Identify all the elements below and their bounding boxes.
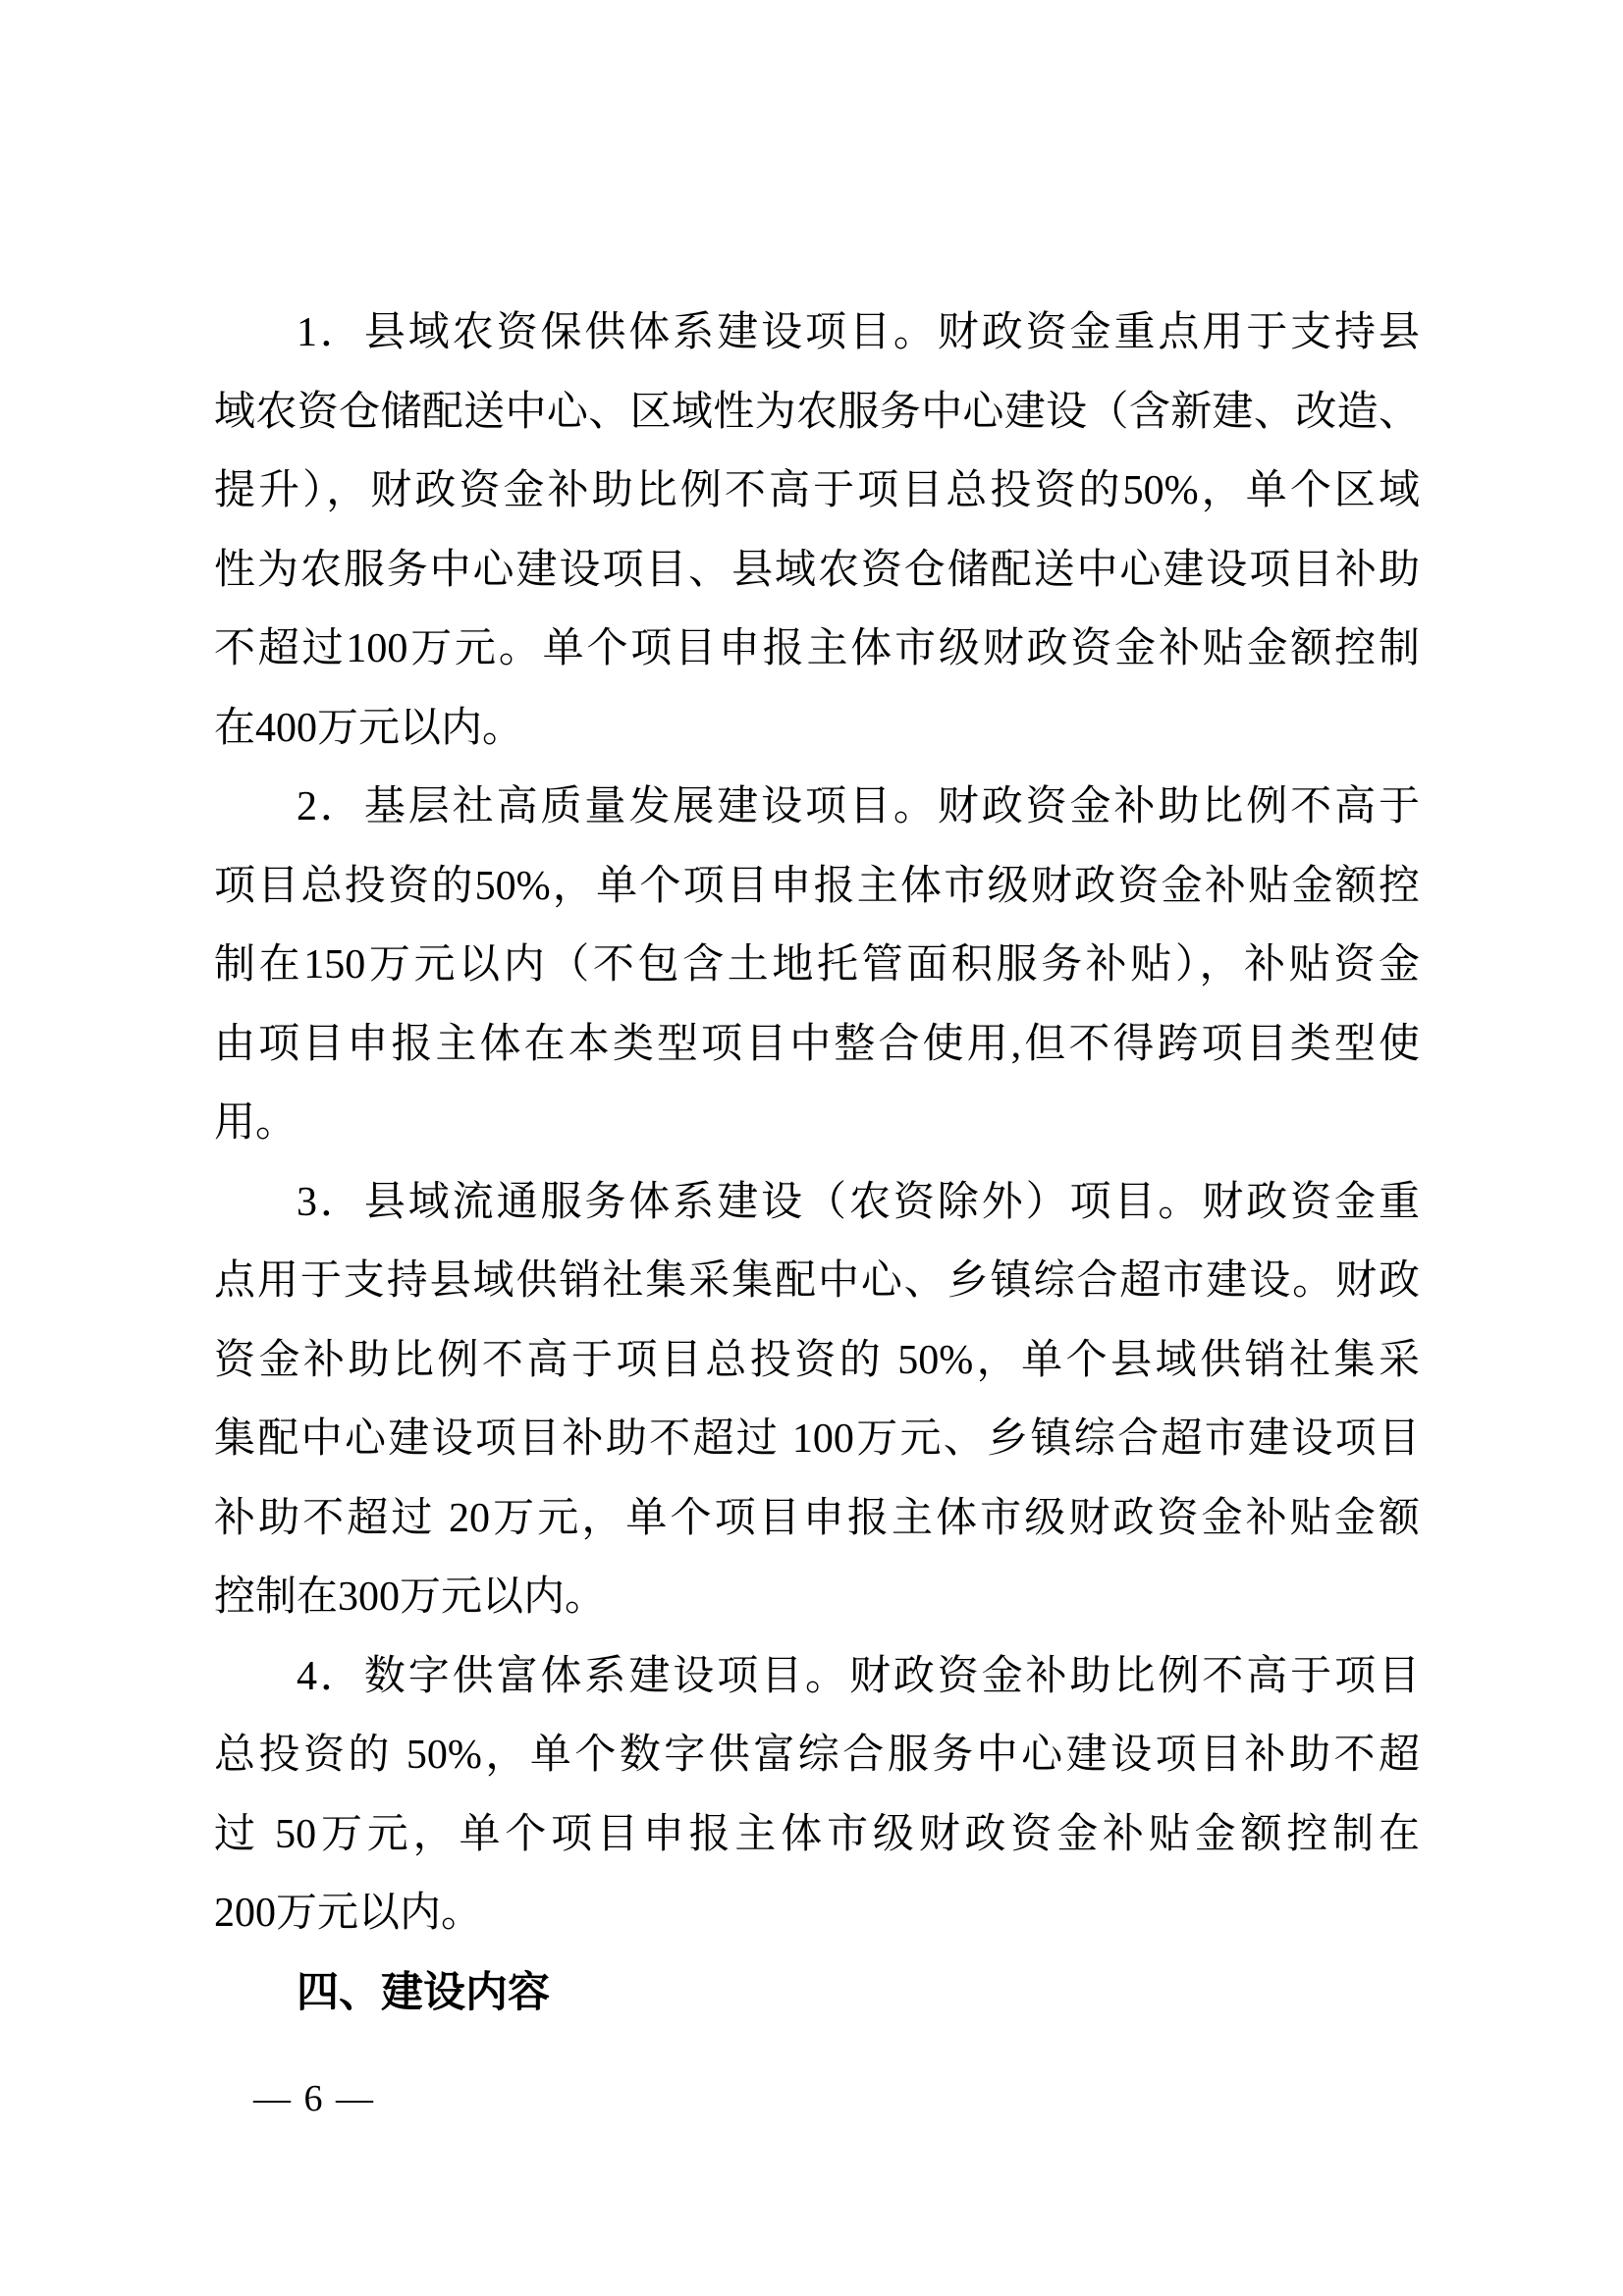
text-line: 制在150万元以内（不包含土地托管面积服务补贴），补贴资金 xyxy=(214,926,1420,1005)
text-line: 过 50万元，单个项目申报主体市级财政资金补贴金额控制在 xyxy=(214,1795,1420,1875)
text-line: 资金补助比例不高于项目总投资的 50%，单个县域供销社集采 xyxy=(214,1321,1420,1401)
text-line: 控制在300万元以内。 xyxy=(214,1558,1420,1637)
text-line: 总投资的 50%，单个数字供富综合服务中心建设项目补助不超 xyxy=(214,1716,1420,1795)
text-line: 200万元以内。 xyxy=(214,1874,1420,1953)
paragraph-item-1: 1．县域农资保供体系建设项目。财政资金重点用于支持县域农资仓储配送中心、区域性为… xyxy=(214,294,1420,768)
text-line: 点用于支持县域供销社集采集配中心、乡镇综合超市建设。财政 xyxy=(214,1242,1420,1321)
text-line: 提升），财政资金补助比例不高于项目总投资的50%，单个区域 xyxy=(214,452,1420,531)
document-page: 1．县域农资保供体系建设项目。财政资金重点用于支持县域农资仓储配送中心、区域性为… xyxy=(0,0,1623,2296)
paragraph-item-2: 2．基层社高质量发展建设项目。财政资金补助比例不高于项目总投资的50%，单个项目… xyxy=(214,768,1420,1163)
text-line: 3．县域流通服务体系建设（农资除外）项目。财政资金重 xyxy=(214,1163,1420,1243)
text-line: 性为农服务中心建设项目、县域农资仓储配送中心建设项目补助 xyxy=(214,531,1420,611)
page-number: — 6 — xyxy=(253,2077,375,2120)
document-body: 1．县域农资保供体系建设项目。财政资金重点用于支持县域农资仓储配送中心、区域性为… xyxy=(214,294,1420,2032)
text-line: 1．县域农资保供体系建设项目。财政资金重点用于支持县 xyxy=(214,294,1420,373)
text-line: 补助不超过 20万元，单个项目申报主体市级财政资金补贴金额 xyxy=(214,1479,1420,1559)
text-line: 集配中心建设项目补助不超过 100万元、乡镇综合超市建设项目 xyxy=(214,1400,1420,1479)
text-line: 由项目申报主体在本类型项目中整合使用,但不得跨项目类型使 xyxy=(214,1005,1420,1085)
section-heading: 四、建设内容 xyxy=(214,1953,1420,2033)
text-line: 域农资仓储配送中心、区域性为农服务中心建设（含新建、改造、 xyxy=(214,373,1420,453)
text-line: 用。 xyxy=(214,1084,1420,1163)
text-line: 2．基层社高质量发展建设项目。财政资金补助比例不高于 xyxy=(214,768,1420,847)
text-line: 不超过100万元。单个项目申报主体市级财政资金补贴金额控制 xyxy=(214,610,1420,689)
text-line: 项目总投资的50%，单个项目申报主体市级财政资金补贴金额控 xyxy=(214,847,1420,927)
text-line: 4．数字供富体系建设项目。财政资金补助比例不高于项目 xyxy=(214,1637,1420,1717)
paragraph-item-4: 4．数字供富体系建设项目。财政资金补助比例不高于项目总投资的 50%，单个数字供… xyxy=(214,1637,1420,1953)
paragraph-item-3: 3．县域流通服务体系建设（农资除外）项目。财政资金重点用于支持县域供销社集采集配… xyxy=(214,1163,1420,1637)
text-line: 在400万元以内。 xyxy=(214,689,1420,769)
